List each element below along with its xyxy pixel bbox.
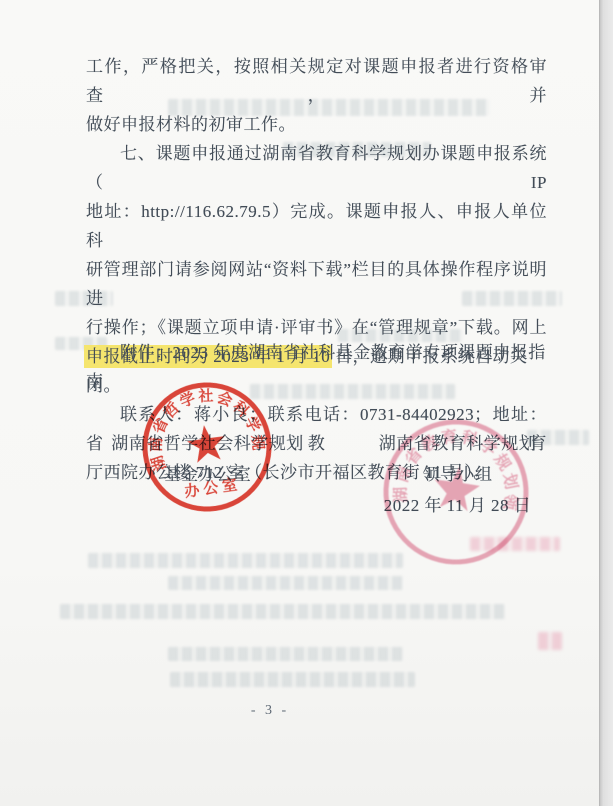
document-line: 地址：http://116.62.79.5）完成。课题申报人、申报人单位科 — [86, 197, 547, 255]
star-icon — [431, 463, 482, 512]
bleedthrough-mark — [168, 647, 403, 661]
bleedthrough-mark — [170, 672, 415, 687]
bleedthrough-mark — [60, 604, 505, 619]
document-line: 做好申报材料的初审工作。 — [86, 110, 547, 139]
official-seal-right: 湖南省教育科学规划领导小组 — [357, 393, 556, 592]
official-seal-left: 湖南省哲学社会科学规划基金 办公室 — [117, 357, 298, 538]
page-edge-shadow — [599, 0, 613, 806]
svg-text:湖南省哲学社会科学规划基金: 湖南省哲学社会科学规划基金 — [117, 357, 269, 478]
seal-arc-text: 湖南省哲学社会科学规划基金 — [117, 357, 269, 478]
document-page: 工作，严格把关，按照相关规定对课题申报者进行资格审查，并 做好申报材料的初审工作… — [0, 0, 613, 806]
star-icon — [185, 423, 228, 464]
seal-bottom-text: 办公室 — [183, 475, 242, 501]
document-line: 七、课题申报通过湖南省教育科学规划办课题申报系统（IP — [86, 139, 547, 197]
bleedthrough-mark — [168, 576, 403, 590]
bleedthrough-mark — [538, 632, 562, 650]
document-line: 研管理部门请参阅网站“资料下载”栏目的具体操作程序说明进 — [86, 255, 547, 313]
document-line: 工作，严格把关，按照相关规定对课题申报者进行资格审查，并 — [86, 52, 547, 110]
page-number: - 3 - — [0, 703, 540, 719]
